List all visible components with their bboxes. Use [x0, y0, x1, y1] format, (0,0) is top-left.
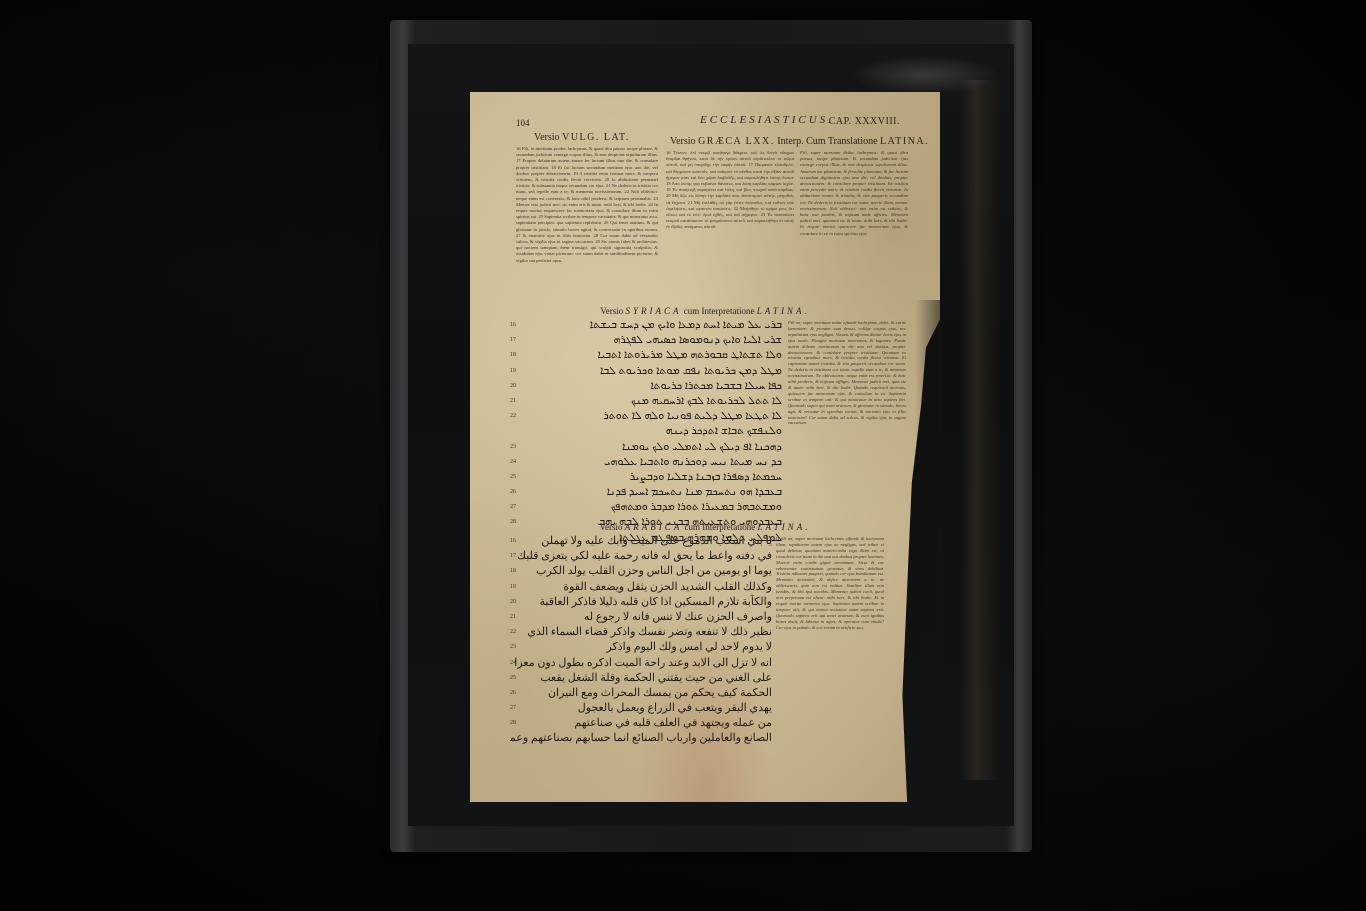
arabic-line: الصانع والعاملين وارباب الصنائع انما حسا…: [510, 731, 772, 746]
arabic-text: يا بني اسكب الدموع على الميت وابك عليه و…: [541, 534, 772, 549]
antique-page: 104 ECCLESIASTICUS. CAP. XXXVIII. Versio…: [470, 92, 940, 802]
arabic-line: 27يهدي البقر ويتعب في الزراع ويعمل بالعج…: [510, 701, 772, 716]
verse-number: 16: [510, 318, 516, 333]
syriac-line: 27ܘܡܫܬܒܗܪ ܒܡܥܝܪܐ ܬܘܪܐ ܡܕܒܪ ܘܡܬܗܦܟ: [510, 500, 782, 515]
page-number: 104: [516, 118, 530, 128]
syriac-text: ܟܦܐ ܚܝܠܐ ܒܫܒܝܐ ܡܟܬܪܐ ܟܪܝܘܬܐ: [650, 379, 782, 394]
verse-number: 25: [510, 470, 516, 485]
arabic-line: 18يوما او يومين من اجل الناس وحزن القلب …: [510, 564, 772, 579]
greek-heading: Versio GRÆCA LXX. Interp. Cum Translatio…: [670, 136, 929, 147]
verse-number: 20: [510, 595, 516, 610]
verse-number: 22: [510, 409, 516, 424]
arabic-latin-translation: O fili mi, super mortuum lachrymas effun…: [776, 536, 884, 742]
syriac-text: ܕܗܟܢܐ ܐܦ ܕܝܠܟ ܠܝ ܐܬܡܠܝ ܘܠܟ ܝܘܡܢܐ: [622, 440, 782, 455]
syriac-line: 21ܠܐ ܬܬܠ ܠܟܪܝܘܬܐ ܠܒܟ ܐܪܚܩܝܗ ܡܢܟ: [510, 394, 782, 409]
arabic-text: نظير ذلك لا تنفعه وتضر نفسك واذكر قضاء ا…: [527, 625, 772, 640]
arabic-text: انه لا تزل الى الابد وعند راحة الميت اذك…: [514, 656, 772, 671]
arabic-text: الصانع والعاملين وارباب الصنائع انما حسا…: [510, 731, 772, 746]
arabic-text: في دفنه واعط ما يحق له فانه رحمة عليه لك…: [517, 549, 772, 564]
arabic-text: على الغني من حيث يقتني الحكمة وقلة الشغل…: [540, 671, 772, 686]
verse-number: 16: [510, 534, 516, 549]
arabic-text: يوما او يومين من اجل الناس وحزن القلب يو…: [536, 564, 772, 579]
verse-number: 26: [510, 686, 516, 701]
arabic-line: 24انه لا تزل الى الابد وعند راحة الميت ا…: [510, 656, 772, 671]
verse-number: 23: [510, 640, 516, 655]
arabic-line: 19وكذلك القلب الشديد الحزن يثقل ويضعف ال…: [510, 580, 772, 595]
arabic-text-block: 16يا بني اسكب الدموع على الميت وابك عليه…: [510, 534, 772, 754]
verse-number: 27: [510, 500, 516, 515]
greek-text: 16 Τέκνον, ἐπὶ νεκρῷ κατάγαγε δάκρυα, κα…: [666, 150, 794, 308]
syriac-text: ܠܐ ܬܛܥܐ ܡܛܠ ܕܠܝܬ ܦܘܢܝܐ ܘܠܗ ܠܐ ܬܘܬܪ: [603, 409, 782, 424]
verse-number: 23: [510, 440, 516, 455]
arabic-text: من عمله ويجتهد في العلف قلبه في صناعتهم: [574, 716, 772, 731]
arabic-line: 23لا يدوم لاحد لي امس ولك اليوم واذكر: [510, 640, 772, 655]
arabic-text: لا يدوم لاحد لي امس ولك اليوم واذكر: [606, 640, 772, 655]
vulgate-heading: Versio VULG. LAT.: [534, 132, 630, 143]
syriac-text: ܠܐ ܬܬܠ ܠܟܪܝܘܬܐ ܠܒܟ ܐܪܚܩܝܗ ܡܢܟ: [631, 394, 782, 409]
syriac-line: 23ܕܗܟܢܐ ܐܦ ܕܝܠܟ ܠܝ ܐܬܡܠܝ ܘܠܟ ܝܘܡܢܐ: [510, 440, 782, 455]
arabic-line: 28من عمله ويجتهد في العلف قلبه في صناعته…: [510, 716, 772, 731]
arabic-line: 20والكآبة تلازم المسكين اذا كان قلبه ذلي…: [510, 595, 772, 610]
verse-number: 18: [510, 564, 516, 579]
verse-number: 18: [510, 348, 516, 363]
syriac-text: ܫܪܝ ܐܠܝܐ ܘܐܝܟ ܕܢܘܡܘܣܐ ܟܣܝܗܝ ܠܦܓܪܗ: [613, 333, 782, 348]
arabic-line: 17في دفنه واعط ما يحق له فانه رحمة عليه …: [510, 549, 772, 564]
syriac-line: 18ܘܠܐ ܬܫܬܐܛ ܩܒܘܪܬܗ ܡܛܠ ܡܪܝܪܘܬܐ ܐܬܒܝܐ: [510, 348, 782, 363]
syriac-text: ܚܟܡܬܐ ܕܣܦܪܐ ܒܙܒܢܐ ܕܫܠܝܐ ܘܕܒܨܝܪ: [630, 470, 782, 485]
arabic-text: يهدي البقر ويتعب في الزراع ويعمل بالعجول: [578, 701, 772, 716]
syriac-text: ܒܪܝ ܥܠ ܡܝܬܐ ܐܚܬ ܕܡܥܐ ܘܐܝܟ ܡܢ ܕܚܫ ܒܝܫܬܐ: [590, 318, 782, 333]
verse-number: 27: [510, 701, 516, 716]
verse-number: 21: [510, 610, 516, 625]
verse-number: 28: [510, 716, 516, 731]
book-title: ECCLESIASTICUS.: [700, 114, 834, 126]
syriac-text: ܘܠܐ ܬܫܬܐܛ ܩܒܘܪܬܗ ܡܛܠ ܡܪܝܪܘܬܐ ܐܬܒܝܐ: [598, 348, 782, 363]
glass-reflection: [960, 80, 1000, 780]
verse-number: 17: [510, 333, 516, 348]
syriac-line: 25ܚܟܡܬܐ ܕܣܦܪܐ ܒܙܒܢܐ ܕܫܠܝܐ ܘܕܒܨܝܪ: [510, 470, 782, 485]
syriac-line: 26ܒܥܒܕܐ ܗܘ ܢܬܚܟܡ ܡܢܐ ܢܬܚܟܡ ܐܚܝܕ ܦܕܢܐ: [510, 485, 782, 500]
verse-number: 17: [510, 549, 516, 564]
arabic-text: والكآبة تلازم المسكين اذا كان قلبه ذليلا…: [540, 595, 772, 610]
verse-number: 19: [510, 580, 516, 595]
verse-number: 25: [510, 671, 516, 686]
verse-number: 20: [510, 379, 516, 394]
arabic-line: 16يا بني اسكب الدموع على الميت وابك عليه…: [510, 534, 772, 549]
arabic-line: 21واصرف الحزن عنك لا تنس فانه لا رجوع له: [510, 610, 772, 625]
syriac-text: ܘܡܫܬܒܗܪ ܒܡܥܝܪܐ ܬܘܪܐ ܡܕܒܪ ܘܡܬܗܦܟ: [611, 500, 782, 515]
arabic-text: الحكمة كيف يحكم من يمسك المحراث ومع الني…: [548, 686, 772, 701]
syriac-line: 17ܫܪܝ ܐܠܝܐ ܘܐܝܟ ܕܢܘܡܘܣܐ ܟܣܝܗܝ ܠܦܓܪܗ: [510, 333, 782, 348]
syriac-heading: Versio SYRIACA cum Interpretatione LATIN…: [470, 306, 940, 316]
syriac-line: 20ܟܦܐ ܚܝܠܐ ܒܫܒܝܐ ܡܟܬܪܐ ܟܪܝܘܬܐ: [510, 379, 782, 394]
arabic-line: 22نظير ذلك لا تنفعه وتضر نفسك واذكر قضاء…: [510, 625, 772, 640]
arabic-text: وكذلك القلب الشديد الحزن يثقل ويضعف القو…: [563, 580, 772, 595]
glass-glare: [850, 55, 1000, 95]
syriac-line: 24ܟܕ ܢܚ ܡܝܬܐ ܢܝܚ ܕܘܟܪܢܗ ܘܐܬܒܝܐ ܥܠܘܗܝ: [510, 455, 782, 470]
arabic-text: واصرف الحزن عنك لا تنس فانه لا رجوع له: [584, 610, 772, 625]
syriac-text-block: 16ܒܪܝ ܥܠ ܡܝܬܐ ܐܚܬ ܕܡܥܐ ܘܐܝܟ ܡܢ ܕܚܫ ܒܝܫܬܐ…: [510, 318, 782, 548]
syriac-text: ܡܛܠ ܕܡܢ ܟܪܝܘܬܐ ܢܦܩ ܡܘܬܐ ܘܟܪܝܘܬ ܠܒܐ: [600, 364, 782, 379]
verse-number: 19: [510, 364, 516, 379]
arabic-line: 25على الغني من حيث يقتني الحكمة وقلة الش…: [510, 671, 772, 686]
arabic-line: 26الحكمة كيف يحكم من يمسك المحراث ومع ال…: [510, 686, 772, 701]
syriac-line: 22ܠܐ ܬܛܥܐ ܡܛܠ ܕܠܝܬ ܦܘܢܝܐ ܘܠܗ ܠܐ ܬܘܬܪ: [510, 409, 782, 424]
syriac-line: 16ܒܪܝ ܥܠ ܡܝܬܐ ܐܚܬ ܕܡܥܐ ܘܐܝܟ ܡܢ ܕܚܫ ܒܝܫܬܐ: [510, 318, 782, 333]
verse-number: 24: [510, 656, 516, 671]
arabic-heading: Versio ARABICA cum Interpretatione LATIN…: [470, 522, 940, 532]
chapter-label: CAP. XXXVIII.: [829, 116, 900, 127]
greek-latin-translation: Fili, super mortuum deduc lachrymas: & q…: [800, 150, 908, 308]
syriac-line: 19ܡܛܠ ܕܡܢ ܟܪܝܘܬܐ ܢܦܩ ܡܘܬܐ ܘܟܪܝܘܬ ܠܒܐ: [510, 364, 782, 379]
syriac-latin-translation: Fili mi, super mortuum induc effunde lac…: [788, 320, 906, 512]
syriac-text: ܒܥܒܕܐ ܗܘ ܢܬܚܟܡ ܡܢܐ ܢܬܚܟܡ ܐܚܝܕ ܦܕܢܐ: [607, 485, 782, 500]
verse-number: 22: [510, 625, 516, 640]
syriac-line: ܘܠܢܦܫܟ ܬܒܐܫ ܐܬܕܟܪ ܕܝܢܗ: [510, 424, 782, 439]
torn-paper-edge: [915, 300, 943, 720]
verse-number: 24: [510, 455, 516, 470]
syriac-text: ܟܕ ܢܚ ܡܝܬܐ ܢܝܚ ܕܘܟܪܢܗ ܘܐܬܒܝܐ ܥܠܘܗܝ: [604, 455, 782, 470]
syriac-text: ܘܠܢܦܫܟ ܬܒܐܫ ܐܬܕܟܪ ܕܝܢܗ: [666, 424, 782, 439]
vulgate-text: 16 Fili, in mortuum produc lachrymas, & …: [516, 146, 658, 296]
verse-number: 21: [510, 394, 516, 409]
verse-number: 26: [510, 485, 516, 500]
